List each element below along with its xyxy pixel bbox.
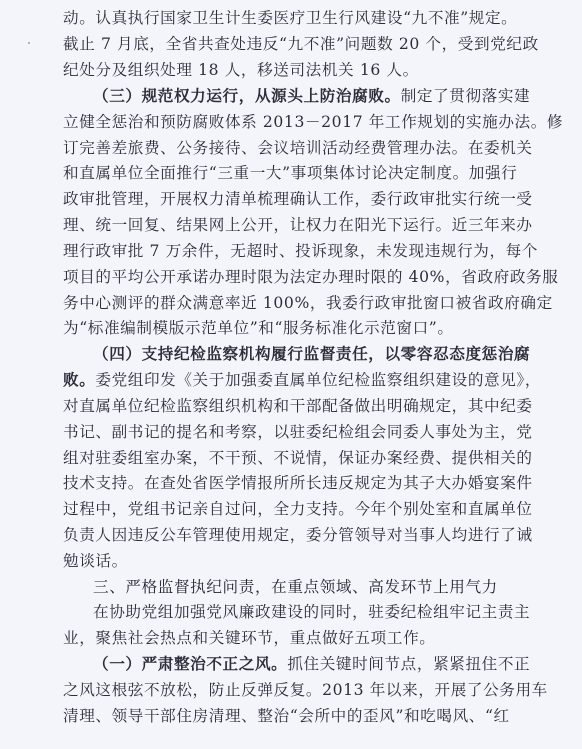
line-text: 立健全惩治和预防腐败体系 2013－2017 年工作规划的实施办法。修 [63,113,563,131]
line-text: 订完善差旅费、公务接待、会议培训活动经费管理办法。在委机关 [63,139,533,157]
line-text: 在协助党组加强党风廉政建设的同时，驻委纪检组牢记主责主 [93,603,530,621]
line-text: 务中心测评的群众满意率近 100%，我委行政审批窗口被省政府确定 [63,294,553,312]
document-page: 动。认真执行国家卫生计生委医疗卫生行风建设“九不准”规定。 截止 7 月底，全省… [0,0,582,749]
text-line-3: 纪处分及组织处理 18 人，移送司法机关 16 人。 [63,57,523,83]
line-text: 纪处分及组织处理 18 人，移送司法机关 16 人。 [63,61,419,79]
text-line-15: 败。委党组印发《关于加强委直属单位纪检监察组织建设的意见》， [63,367,523,393]
line-text: 为“标准编制模版示范单位”和“服务标准化示范窗口”。 [63,319,454,337]
line-text: 负责人因违反公车管理使用规定，委分管领导对当事人均进行了诫 [63,526,533,544]
line-text: 理、统一回复、结果网上公开，让权力在阳光下运行。近三年来办 [63,216,533,234]
text-line-22: 勉谈话。 [63,548,523,574]
line-text: 动。认真执行国家卫生计生委医疗卫生行风建设“九不准”规定。 [63,9,517,27]
text-line-5: 立健全惩治和预防腐败体系 2013－2017 年工作规划的实施办法。修 [63,109,523,135]
text-line-1: 动。认真执行国家卫生计生委医疗卫生行风建设“九不准”规定。 [63,5,523,31]
text-line-20: 过程中，党组书记亲自过问，全力支持。今年个别处室和直属单位 [63,496,523,522]
text-line-9: 理、统一回复、结果网上公开，让权力在阳光下运行。近三年来办 [63,212,523,238]
text-line-11: 项目的平均公开承诺办理时限为法定办理时限的 40%，省政府政务服 [63,264,523,290]
text-line-12: 务中心测评的群众满意率近 100%，我委行政审批窗口被省政府确定 [63,290,523,316]
line-text: 勉谈话。 [63,552,128,570]
text-line-10: 理行政审批 7 万余件，无超时、投诉现象，未发现违规行为，每个 [63,238,523,264]
line-text: 书记、副书记的提名和考察，以驻委纪检组会同委人事处为主，党 [63,423,533,441]
text-line-17: 书记、副书记的提名和考察，以驻委纪检组会同委人事处为主，党 [63,419,523,445]
text-line-4: （三）规范权力运行，从源头上防治腐败。制定了贯彻落实建 [93,83,523,109]
text-line-14: （四）支持纪检监察机构履行监督责任，以零容忍态度惩治腐 [93,341,523,367]
section-heading-1-bold: （一）严肃整治不正之风。 [93,655,287,673]
text-line-21: 负责人因违反公车管理使用规定，委分管领导对当事人均进行了诫 [63,522,523,548]
text-line-28: 清理、领导干部住房清理、整治“会所中的歪风”和吃喝风、“红 [63,703,523,729]
text-line-18: 组对驻委组室办案，不干预、不说情，保证办案经费、提供相关的 [63,445,523,471]
line-text: 过程中，党组书记亲自过问，全力支持。今年个别处室和直属单位 [63,500,533,518]
section-heading-4-bold-cont: 败。 [63,371,95,389]
text-line-16: 对直属单位纪检监察组织机构和干部配备做出明确规定，其中纪委 [63,393,523,419]
line-text: 项目的平均公开承诺办理时限为法定办理时限的 40%，省政府政务服 [63,268,558,286]
line-text: 技术支持。在查处省医学情报所所长违反规定为其子大办婚宴案件 [63,474,533,492]
line-text: 清理、领导干部住房清理、整治“会所中的歪风”和吃喝风、“红 [63,707,510,725]
line-text: 抓住关键时间节点，紧紧扭住不正 [287,655,530,673]
text-line-7: 和直属单位全面推行“三重一大”事项集体讨论决定制度。加强行 [63,160,523,186]
text-line-13: 为“标准编制模版示范单位”和“服务标准化示范窗口”。 [63,315,523,341]
text-line-2: 截止 7 月底，全省共查处违反“九不准”问题数 20 个，受到党纪政 [63,31,523,57]
line-text: 和直属单位全面推行“三重一大”事项集体讨论决定制度。加强行 [63,164,517,182]
line-text: 政审批管理，开展权力清单梳理确认工作，委行政审批实行统一受 [63,190,533,208]
line-text: 组对驻委组室办案，不干预、不说情，保证办案经费、提供相关的 [63,449,533,467]
text-line-8: 政审批管理，开展权力清单梳理确认工作，委行政审批实行统一受 [63,186,523,212]
text-line-26: （一）严肃整治不正之风。抓住关键时间节点，紧紧扭住不正 [93,651,523,677]
line-text: 截止 7 月底，全省共查处违反“九不准”问题数 20 个，受到党纪政 [63,35,539,53]
text-line-25: 业，聚焦社会热点和关键环节，重点做好五项工作。 [63,625,523,651]
text-line-23: 三、严格监督执纪问责，在重点领域、高发环节上用气力 [93,574,523,600]
line-text: 委党组印发《关于加强委直属单位纪检监察组织建设的意见》， [95,371,541,389]
line-text: 制定了贯彻落实建 [401,87,531,105]
text-line-27: 之风这根弦不放松，防止反弹反复。2013 年以来，开展了公务用车 [63,677,523,703]
section-heading-three: 三、严格监督执纪问责，在重点领域、高发环节上用气力 [93,578,498,596]
text-line-19: 技术支持。在查处省医学情报所所长违反规定为其子大办婚宴案件 [63,470,523,496]
scan-speck [28,42,30,44]
text-line-6: 订完善差旅费、公务接待、会议培训活动经费管理办法。在委机关 [63,135,523,161]
line-text: 理行政审批 7 万余件，无超时、投诉现象，未发现违规行为，每个 [63,242,538,260]
text-line-24: 在协助党组加强党风廉政建设的同时，驻委纪检组牢记主责主 [93,599,523,625]
section-heading-4-bold: （四）支持纪检监察机构履行监督责任，以零容忍态度惩治腐 [93,345,530,363]
section-heading-3-bold: （三）规范权力运行，从源头上防治腐败。 [93,87,401,105]
line-text: 对直属单位纪检监察组织机构和干部配备做出明确规定，其中纪委 [63,397,533,415]
line-text: 之风这根弦不放松，防止反弹反复。2013 年以来，开展了公务用车 [63,681,548,699]
line-text: 业，聚焦社会热点和关键环节，重点做好五项工作。 [63,629,435,647]
